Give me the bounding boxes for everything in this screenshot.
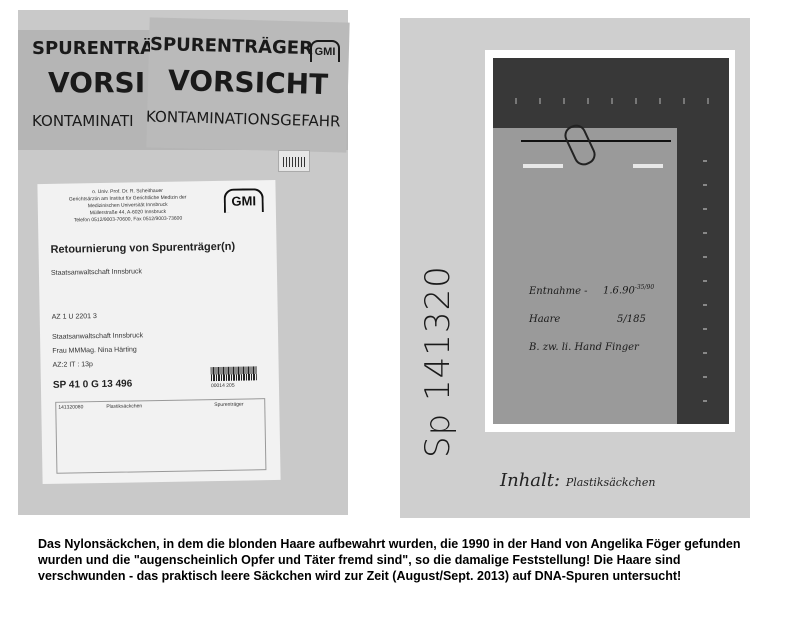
institute-logo-icon: GMI bbox=[310, 40, 340, 62]
inhalt-label: Inhalt: bbox=[500, 470, 560, 491]
form-az: AZ 1 U 2201 3 bbox=[52, 313, 97, 321]
form-logo-icon: GMI bbox=[224, 188, 264, 213]
inhalt-value: Plastiksäckchen bbox=[566, 476, 656, 489]
bag-glare bbox=[523, 164, 563, 168]
photo-background: Entnahme - 1.6.90-35/90 Haare 5/185 B. z… bbox=[493, 58, 729, 424]
barcode-number: 00014 205 bbox=[211, 383, 235, 389]
bag-seal-line bbox=[521, 140, 671, 142]
handwritten-sp-number: Sp 141320 bbox=[418, 265, 458, 458]
evidence-photo: Entnahme - 1.6.90-35/90 Haare 5/185 B. z… bbox=[485, 50, 735, 432]
paperclip-icon bbox=[561, 121, 599, 168]
scan-evidence-label: SPURENTRÄ VORSI KONTAMINATI SPURENTRÄGER… bbox=[18, 10, 348, 515]
barcode-icon bbox=[211, 366, 257, 381]
bag-glare bbox=[633, 164, 663, 168]
table-cell-content: Plastiksäckchen bbox=[106, 403, 142, 410]
ruler-vertical bbox=[703, 138, 707, 418]
return-form: o. Univ. Prof. Dr. R. Scheithauer Gerich… bbox=[37, 180, 280, 484]
handwritten-label: B. zw. li. Hand Finger bbox=[529, 342, 639, 353]
scan-evidence-photo: Entnahme - 1.6.90-35/90 Haare 5/185 B. z… bbox=[400, 18, 750, 518]
form-header-line: Telefon 0512/9003-70600, Fax 0512/9003-7… bbox=[48, 215, 208, 225]
form-table: 141320080 Plastiksäckchen Spurenträger bbox=[55, 398, 266, 474]
form-header: o. Univ. Prof. Dr. R. Scheithauer Gerich… bbox=[48, 187, 209, 225]
handwritten-superscript: -35/90 bbox=[635, 284, 654, 291]
form-person: Frau MMMag. Nina Härting bbox=[52, 346, 137, 354]
warning-front-line1: SPURENTRÄGER bbox=[150, 34, 313, 59]
barcode-icon bbox=[283, 157, 305, 167]
warning-back-line3: KONTAMINATI bbox=[32, 112, 150, 130]
handwritten-value: 5/185 bbox=[617, 314, 646, 325]
handwritten-date: 1.6.90 bbox=[603, 285, 635, 296]
form-recipient: Staatsanwaltschaft Innsbruck bbox=[51, 268, 142, 277]
warning-front-line2: VORSICHT bbox=[168, 64, 329, 101]
table-column-header: Spurenträger bbox=[214, 402, 243, 409]
handwritten-contents: Inhalt: Plastiksäckchen bbox=[500, 470, 655, 491]
form-sp-code: SP 41 0 G 13 496 bbox=[53, 378, 133, 390]
warning-back-line1: SPURENTRÄ bbox=[32, 38, 150, 59]
small-barcode-sticker bbox=[278, 150, 310, 172]
image-caption: Das Nylonsäckchen, in dem die blonden Ha… bbox=[38, 536, 768, 584]
form-office: Staatsanwaltschaft Innsbruck bbox=[52, 332, 143, 341]
form-az2: AZ:2 IT : 13p bbox=[53, 361, 93, 369]
table-cell-id: 141320080 bbox=[58, 404, 83, 410]
ruler-horizontal bbox=[493, 98, 729, 104]
handwritten-label: Entnahme - bbox=[529, 286, 588, 297]
form-title: Retournierung von Spurenträger(n) bbox=[50, 241, 235, 256]
warning-back-line2: VORSI bbox=[48, 66, 150, 99]
handwritten-label: Haare bbox=[529, 314, 560, 325]
nylon-bag: Entnahme - 1.6.90-35/90 Haare 5/185 B. z… bbox=[493, 128, 677, 424]
handwritten-value: 1.6.90-35/90 bbox=[603, 284, 654, 296]
